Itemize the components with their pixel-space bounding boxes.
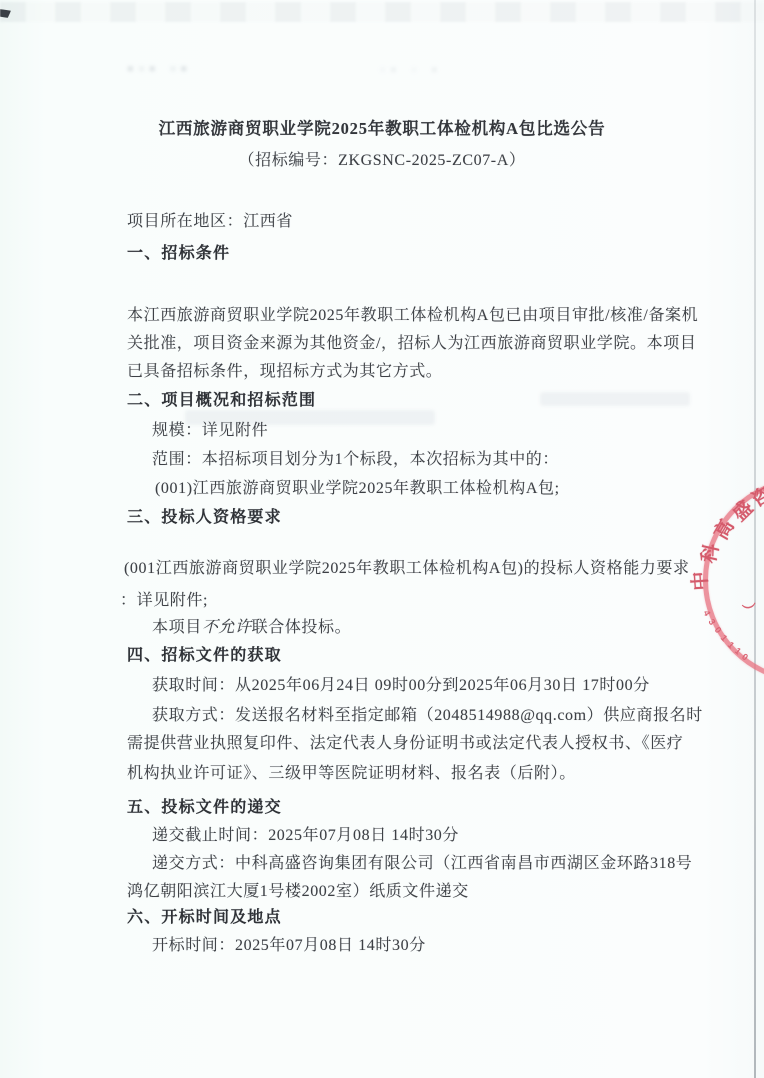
- section-1-heading: 一、招标条件: [127, 240, 230, 263]
- submit-method-line: 鸿亿朝阳滨江大厦1号楼2002室）纸质文件递交: [127, 878, 469, 901]
- section-5-heading: 五、投标文件的递交: [127, 794, 282, 817]
- submit-deadline-line: 递交截止时间：2025年07月08日 14时30分: [152, 822, 459, 845]
- range-line: 范围：本招标项目划分为1个标段，本次招标为其中的：: [152, 446, 559, 469]
- joint-bid-suffix: 联合体投标。: [252, 619, 352, 636]
- seal-arc-character: 中: [685, 571, 713, 592]
- obtain-method-line: 需提供营业执照复印件、法定代表人身份证明书或法定代表人授权书、《医疗: [127, 730, 683, 753]
- section-1-paragraph-line: 已具备招标条件，现招标方式为其它方式。: [127, 358, 442, 381]
- section-1-paragraph-line: 本江西旅游商贸职业学院2025年教职工体检机构A包已由项目审批/核准/备案机: [127, 302, 698, 325]
- obtain-method-line: 机构执业许可证》、三级甲等医院证明材料、报名表（后附）。: [127, 760, 576, 783]
- submit-method-line: 递交方式：中科高盛咨询集团有限公司（江西省南昌市西湖区金环路318号: [152, 850, 692, 873]
- project-location-line: 项目所在地区：江西省: [127, 208, 293, 231]
- qualification-line: ：详见附件;: [120, 587, 208, 610]
- section-3-heading: 三、投标人资格要求: [127, 504, 282, 527]
- joint-bid-prefix: 本项目: [152, 619, 202, 636]
- bid-opening-time-line: 开标时间：2025年07月08日 14时30分: [152, 932, 426, 955]
- obtain-time-line: 获取时间：从2025年06月24日 09时00分到2025年06月30日 17时…: [152, 672, 650, 695]
- scale-line: 规模：详见附件: [152, 417, 268, 440]
- joint-bid-emphasis: 不允许: [202, 619, 252, 636]
- section-2-heading: 二、项目概况和招标范围: [127, 387, 316, 410]
- tender-number-line: （招标编号：ZKGSNC-2025-ZC07-A）: [0, 147, 764, 170]
- section-6-heading: 六、开标时间及地点: [127, 904, 282, 927]
- obtain-method-line: 获取方式：发送报名材料至指定邮箱（2048514988@qq.com）供应商报名…: [152, 702, 703, 725]
- scan-noise-band: [0, 2, 764, 22]
- section-4-heading: 四、招标文件的获取: [127, 642, 282, 665]
- scanned-document-page: ▪▫▪ ▫▪ ▫▪ ▫ ▪ 江西旅游商贸职业学院2025年教职工体检机构A包比选…: [0, 0, 764, 1078]
- scan-smudge: [540, 392, 690, 406]
- section-1-paragraph-line: 关批准，项目资金来源为其他资金/，招标人为江西旅游商贸职业学院。本项目: [127, 330, 696, 353]
- qualification-line: (001江西旅游商贸职业学院2025年教职工体检机构A包)的投标人资格能力要求: [124, 555, 690, 578]
- faded-ink-smudge: ▪▫▪ ▫▪: [128, 62, 338, 92]
- lot-line: (001)江西旅游商贸职业学院2025年教职工体检机构A包;: [155, 475, 560, 498]
- doc-title: 江西旅游商贸职业学院2025年教职工体检机构A包比选公告: [0, 115, 764, 139]
- joint-bid-line: 本项目不允许联合体投标。: [152, 614, 351, 637]
- faded-ink-smudge: ▫▪ ▫ ▪: [380, 63, 580, 91]
